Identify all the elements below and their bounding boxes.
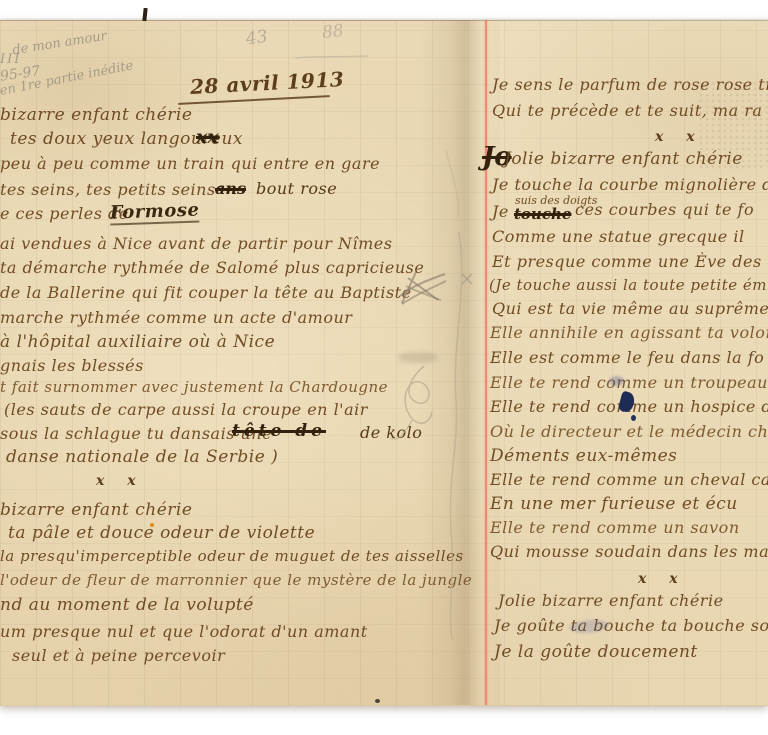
manuscript-line: l'odeur de fleur de marronnier que le my… (0, 572, 472, 589)
manuscript-line: Jolie bizarre enfant chérie (498, 592, 724, 610)
manuscript-line: ta démarche rythmée de Salomé plus capri… (0, 259, 424, 277)
ink-smudge (609, 376, 624, 386)
margin-line (485, 20, 487, 705)
pencil-smudge (398, 352, 438, 363)
ink-blot-dot (631, 415, 636, 421)
letter-scan: de mon amour III 95-97 en 1re partie iné… (0, 0, 768, 735)
manuscript-line: bizarre enfant chérie (0, 106, 192, 125)
manuscript-line: Qui te précède et te suit, ma ra (492, 102, 762, 120)
struck-word: touche (514, 205, 571, 223)
manuscript-line: Jolie bizarre enfant chérie (504, 150, 743, 169)
manuscript-line: Je la goûte doucement (494, 643, 698, 662)
section-separator: x x (638, 572, 687, 587)
manuscript-line: marche rythmée comme un acte d'amour (0, 309, 352, 327)
manuscript-line: um presque nul et que l'odorat d'un aman… (0, 623, 368, 641)
pencil-number: 88 (321, 21, 345, 43)
manuscript-line: bout rose (256, 180, 337, 198)
manuscript-line: ai vendues à Nice avant de partir pour N… (0, 235, 392, 253)
manuscript-line: Elle te rend comme un cheval cabr (490, 471, 768, 489)
manuscript-line: peu à peu comme un train qui entre en ga… (0, 155, 380, 173)
manuscript-line: Elle te rend comme un troupeau g (490, 374, 768, 392)
section-separator: x x (655, 130, 704, 145)
manuscript-line: Elle est comme le feu dans la fo (490, 349, 764, 367)
pencil-number: 43 (245, 27, 269, 50)
manuscript-line: Qui mousse soudain dans les ma (490, 543, 768, 561)
manuscript-line: Déments eux-mêmes (490, 447, 677, 466)
manuscript-line: la presqu'imperceptible odeur de muguet … (0, 548, 464, 565)
manuscript-line: seul et à peine percevoir (12, 647, 225, 665)
manuscript-line: Je (492, 203, 509, 221)
manuscript-line: nd au moment de la volupté (0, 596, 254, 615)
section-separator: x x (96, 474, 145, 489)
manuscript-line: gnais les blessés (0, 357, 144, 375)
manuscript-line: t fait surnommer avec justement la Chard… (0, 379, 388, 396)
pencil-note: III (0, 52, 21, 67)
edge-speck (375, 699, 380, 703)
manuscript-line: (les sauts de carpe aussi la croupe en l… (4, 401, 368, 419)
manuscript-line: Elle annihile en agissant ta volon (490, 324, 768, 342)
struck-word: tête de (232, 421, 326, 441)
manuscript-line: Et presque comme une Ève des ca (492, 253, 768, 271)
manuscript-line: Qui est ta vie même au suprême (492, 300, 768, 318)
manuscript-line: Je goûte ta bouche ta bouche so (494, 617, 768, 635)
manuscript-line: ces courbes qui te fo (575, 201, 754, 219)
scribble-strikeout: xx (196, 126, 219, 148)
manuscript-line: Je touche la courbe mignolière de (492, 176, 768, 194)
manuscript-line: danse nationale de la Serbie ) (6, 448, 278, 467)
manuscript-line: Où le directeur et le médecin chef (490, 423, 768, 441)
manuscript-line: à l'hôpital auxiliaire où à Nice (0, 333, 275, 352)
manuscript-line: de la Ballerine qui fit couper la tête a… (0, 284, 412, 302)
manuscript-line: ta pâle et douce odeur de violette (8, 524, 315, 543)
manuscript-line: Comme une statue grecque il (492, 228, 745, 246)
struck-word: ans (215, 179, 246, 198)
manuscript-line: (Je touche aussi la toute petite éminenc… (489, 277, 768, 294)
orange-speck (150, 523, 154, 527)
manuscript-line: tes seins, tes petits seins (0, 181, 216, 199)
manuscript-line: bizarre enfant chérie (0, 501, 192, 520)
manuscript-line: Elle te rend comme un savon (490, 519, 740, 537)
manuscript-line: de kolo (360, 424, 422, 442)
manuscript-line: En une mer furieuse et écu (490, 495, 738, 514)
emphasized-word: Formose (110, 200, 200, 225)
manuscript-line: Je sens le parfum de rose rose tre (492, 76, 768, 94)
